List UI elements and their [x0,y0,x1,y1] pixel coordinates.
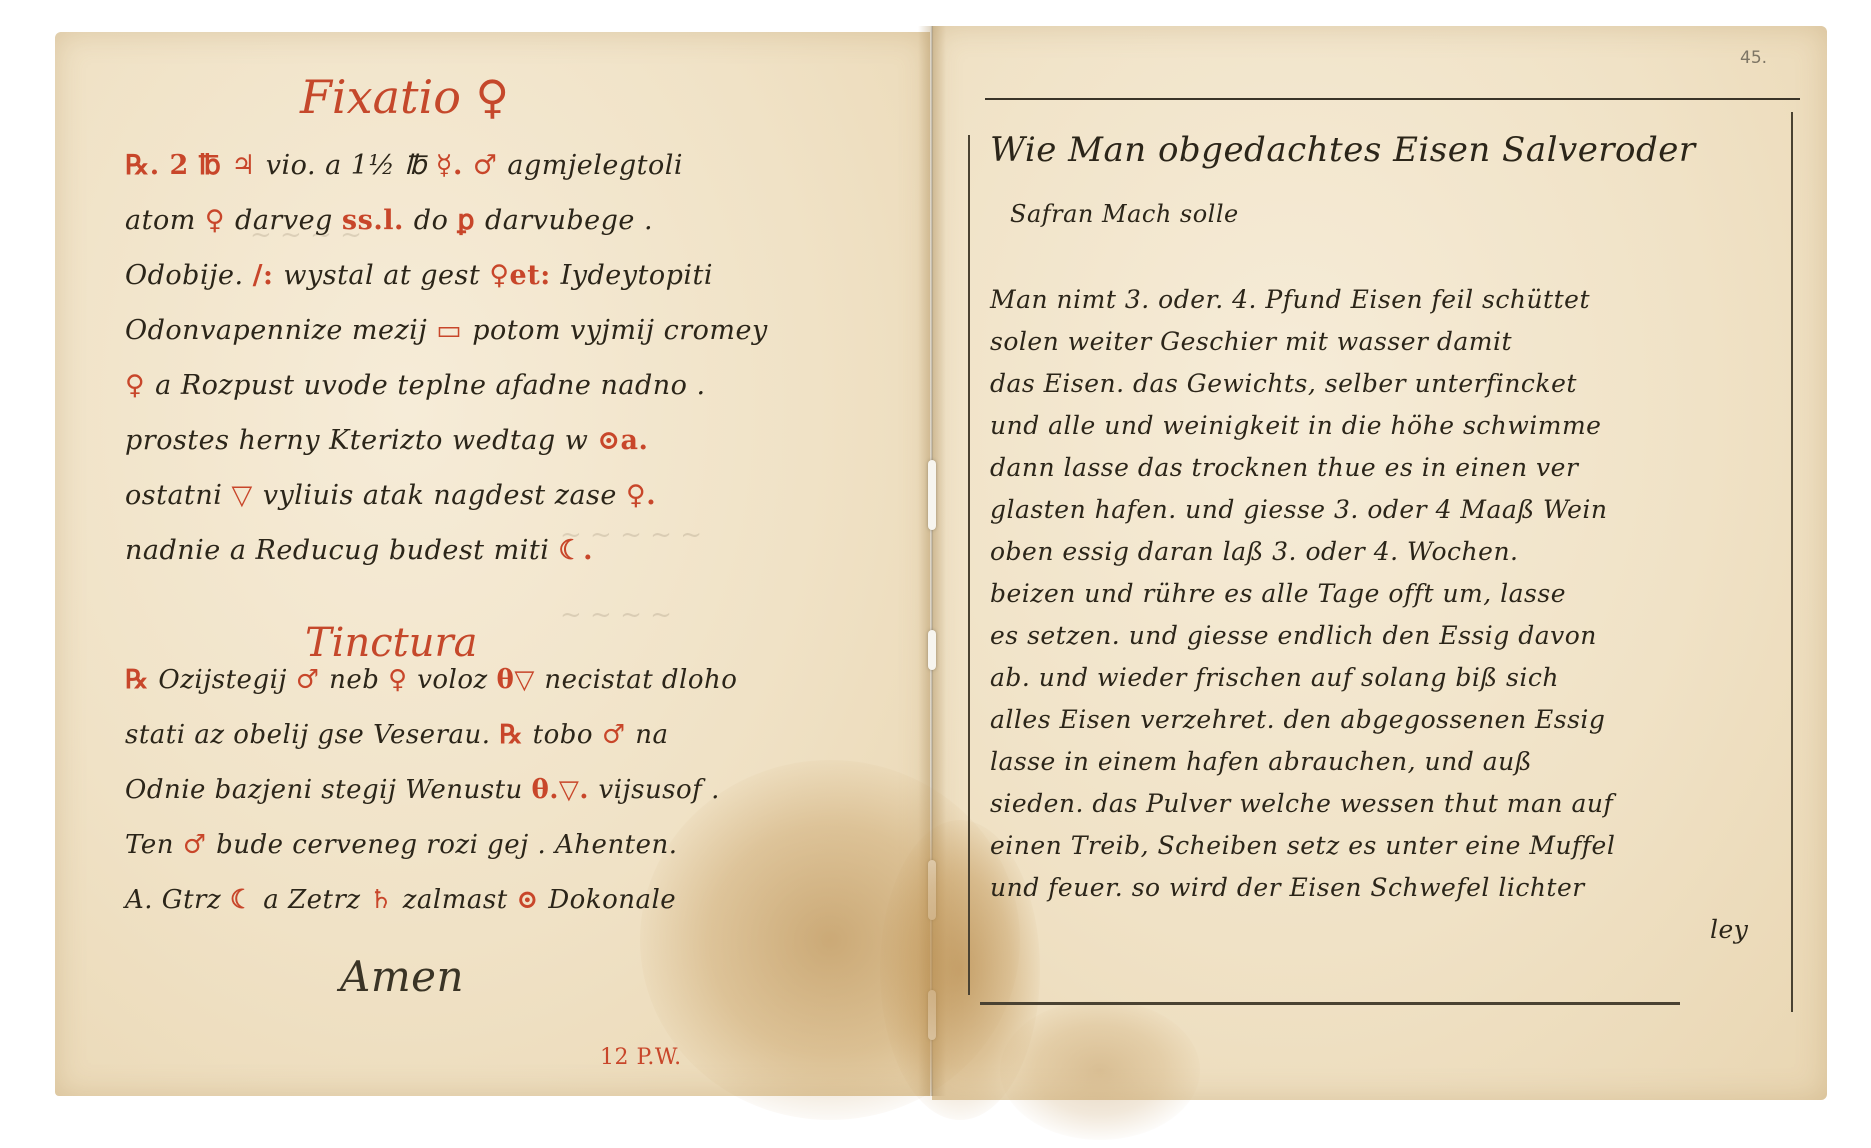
binding-stitch [928,460,936,530]
alchemical-symbol: ss.l. [342,205,414,236]
frame-rule-left [968,135,970,995]
handwritten-text: necistat dloho [544,665,737,695]
manuscript-line: und feuer. so wird der Eisen Schwefel li… [990,873,1585,902]
right-page-title-line-1: Wie Man obgedachtes Eisen Salveroder [990,130,1696,170]
section-heading-tinctura: Tinctura [305,620,477,666]
manuscript-line: ostatni ▽ vyliuis atak nagdest zase ♀. [125,480,656,511]
manuscript-line: atom ♀ darveg ss.l. do ꝑ darvubege . [125,205,653,236]
manuscript-line: Odonvapennize mezij ▭ potom vyjmij crome… [125,315,768,346]
alchemical-symbol: ☾ [230,885,263,915]
closing-amen: Amen [340,952,464,1001]
frame-rule-bottom [980,1002,1680,1005]
handwritten-text: Odonvapennize mezij [125,315,436,346]
alchemical-symbol: ⊙ [516,885,548,915]
manuscript-line: Ten ♂ bude cerveneg rozi gej . Ahenten. [125,830,678,860]
manuscript-line: es setzen. und giesse endlich den Essig … [990,621,1597,650]
alchemical-symbol: ♀ [388,665,417,695]
alchemical-symbol: ☿. ♂ [436,150,507,181]
handwritten-text: agmjelegtoli [507,150,683,181]
handwritten-text: wystal at gest [283,260,489,291]
manuscript-line: Odobije. /: wystal at gest ♀et: Iydeytop… [125,260,713,291]
alchemical-symbol: ꝑ [457,205,485,236]
folio-number: 45. [1740,48,1767,68]
manuscript-line: das Eisen. das Gewichts, selber unterfin… [990,369,1577,398]
manuscript-line: sieden. das Pulver welche wessen thut ma… [990,789,1613,818]
alchemical-symbol: ♀. [626,480,656,511]
manuscript-line: A. Gtrz ☾ a Zetrz ♄ zalmast ⊙ Dokonale [125,885,676,915]
manuscript-line: beizen und rühre es alle Tage offt um, l… [990,579,1566,608]
handwritten-text: darveg [235,205,342,236]
handwritten-text: a Rozpust uvode teplne afadne nadno . [155,370,705,401]
manuscript-line: ley [1710,915,1748,944]
manuscript-line: lasse in einem hafen abrauchen, und auß [990,747,1532,776]
manuscript-line: glasten hafen. und giesse 3. oder 4 Maaß… [990,495,1608,524]
manuscript-line: ℞ Ozijstegij ♂ neb ♀ voloz θ▽ necistat d… [125,665,737,695]
alchemical-symbol: ♀et: [489,260,560,291]
right-page-title-line-2: Safran Mach solle [1010,200,1239,228]
manuscript-line: prostes herny Kterizto wedtag w ⊙a. [125,425,648,456]
alchemical-symbol: ♃ [231,150,266,181]
manuscript-line: dann lasse das trocknen thue es in einen… [990,453,1578,482]
handwritten-text: stati az obelij gse Veserau. [125,720,499,750]
alchemical-symbol: ♀ [125,370,155,401]
alchemical-symbol: ♀ [205,205,235,236]
manuscript-line: ℞. 2 ℔ ♃ vio. a 1½ ℔ ☿. ♂ agmjelegtoli [125,150,683,181]
handwritten-text: tobo [533,720,602,750]
handwritten-text: darvubege . [485,205,653,236]
alchemical-symbol: ℞ [499,720,532,750]
manuscript-line: Man nimt 3. oder. 4. Pfund Eisen feil sc… [990,285,1590,314]
handwritten-text: bude cerveneg rozi gej . Ahenten. [216,830,677,860]
manuscript-line: nadnie a Reducug budest miti ☾. [125,535,593,566]
handwritten-text: potom vyjmij cromey [472,315,768,346]
handwritten-text: do [414,205,458,236]
handwritten-text: Odobije. [125,260,253,291]
handwritten-text: atom [125,205,205,236]
alchemical-symbol: ♄ [369,885,402,915]
handwritten-text: nadnie a Reducug budest miti [125,535,558,566]
section-heading-fixatio: Fixatio ♀ [300,70,509,124]
alchemical-symbol: ♂ [602,720,635,750]
alchemical-symbol: ▭ [436,315,472,346]
alchemical-symbol: ♂ [183,830,216,860]
handwritten-text: Iydeytopiti [561,260,713,291]
alchemical-symbol: θ.▽. [532,775,599,805]
manuscript-line: stati az obelij gse Veserau. ℞ tobo ♂ na [125,720,668,750]
manuscript-line: ♀ a Rozpust uvode teplne afadne nadno . [125,370,706,401]
alchemical-symbol: ⊙a. [597,425,648,456]
alchemical-symbol: /: [253,260,284,291]
handwritten-text: ostatni [125,480,232,511]
handwritten-text: vyliuis atak nagdest zase [263,480,626,511]
handwritten-text: vijsusof . [599,775,720,805]
handwritten-text: Ozijstegij [158,665,295,695]
handwritten-text: Ten [125,830,183,860]
water-stain [1000,1000,1200,1140]
red-annotation: 12 P.W. [600,1045,682,1070]
handwritten-text: prostes herny Kterizto wedtag w [125,425,597,456]
manuscript-line: alles Eisen verzehret. den abgegossenen … [990,705,1605,734]
manuscript-line: und alle und weinigkeit in die höhe schw… [990,411,1601,440]
handwritten-text: a Zetrz [263,885,369,915]
handwritten-text: A. Gtrz [125,885,230,915]
alchemical-symbol: ℞. 2 ℔ [125,150,231,181]
alchemical-symbol: θ▽ [497,665,545,695]
frame-rule-top [985,98,1800,100]
bleed-through-text: ~ ~ ~ ~ [560,600,672,630]
handwritten-text: neb [329,665,388,695]
handwritten-text: na [635,720,668,750]
handwritten-text: Odnie bazjeni stegij Wenustu [125,775,532,805]
alchemical-symbol: ▽ [232,480,263,511]
binding-stitch [928,630,936,670]
manuscript-line: oben essig daran laß 3. oder 4. Wochen. [990,537,1519,566]
manuscript-line: solen weiter Geschier mit wasser damit [990,327,1512,356]
manuscript-line: ab. und wieder frischen auf solang biß s… [990,663,1559,692]
frame-rule-right [1791,112,1793,1012]
handwritten-text: Dokonale [548,885,676,915]
handwritten-text: voloz [417,665,496,695]
manuscript-line: einen Treib, Scheiben setz es unter eine… [990,831,1615,860]
handwritten-text: vio. a 1½ ℔ [266,150,436,181]
handwritten-text: zalmast [403,885,517,915]
manuscript-line: Odnie bazjeni stegij Wenustu θ.▽. vijsus… [125,775,720,805]
alchemical-symbol: ☾. [558,535,593,566]
alchemical-symbol: ♂ [296,665,329,695]
alchemical-symbol: ℞ [125,665,158,695]
